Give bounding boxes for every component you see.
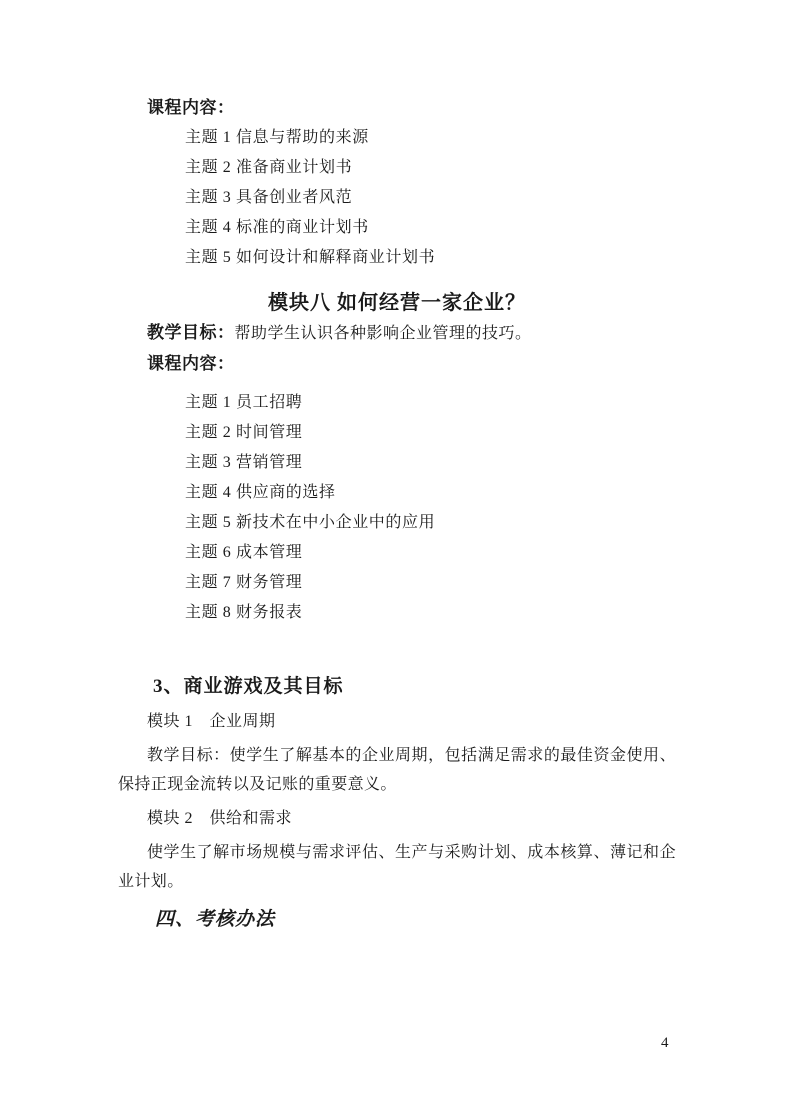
topic-line: 主题 2 时间管理 [118,418,676,448]
section4-heading: 四、考核办法 [118,905,676,935]
topic-line: 主题 5 如何设计和解释商业计划书 [118,243,676,273]
course-content-label-1: 课程内容： [118,93,676,123]
module8-heading: 模块八 如何经营一家企业？ [118,288,676,318]
document-page: 课程内容： 主题 1 信息与帮助的来源 主题 2 准备商业计划书 主题 3 具备… [0,0,792,1120]
topic-line: 主题 1 员工招聘 [118,388,676,418]
teaching-goal-line: 教学目标：帮助学生认识各种影响企业管理的技巧。 [118,318,676,349]
topic-line: 主题 8 财务报表 [118,598,676,628]
section3-heading: 3、商业游戏及其目标 [118,672,676,702]
topic-line: 主题 4 供应商的选择 [118,478,676,508]
module2-description: 使学生了解市场规模与需求评估、生产与采购计划、成本核算、薄记和企业计划。 [118,838,676,896]
module1-title-line: 模块 1 企业周期 [118,707,676,737]
topic-line: 主题 7 财务管理 [118,568,676,598]
topic-line: 主题 5 新技术在中小企业中的应用 [118,508,676,538]
topic-list-1: 主题 1 信息与帮助的来源 主题 2 准备商业计划书 主题 3 具备创业者风范 … [118,123,676,273]
topic-line: 主题 1 信息与帮助的来源 [118,123,676,153]
teaching-goal-label: 教学目标： [147,323,235,342]
teaching-goal-text: 帮助学生认识各种影响企业管理的技巧。 [235,325,532,342]
topic-line: 主题 6 成本管理 [118,538,676,568]
topic-list-2: 主题 1 员工招聘 主题 2 时间管理 主题 3 营销管理 主题 4 供应商的选… [118,388,676,628]
topic-line: 主题 3 具备创业者风范 [118,183,676,213]
topic-line: 主题 2 准备商业计划书 [118,153,676,183]
course-content-label-2: 课程内容： [118,349,676,379]
topic-line: 主题 4 标准的商业计划书 [118,213,676,243]
page-content: 课程内容： 主题 1 信息与帮助的来源 主题 2 准备商业计划书 主题 3 具备… [118,0,676,935]
topic-line: 主题 3 营销管理 [118,448,676,478]
page-number: 4 [661,1034,669,1052]
module2-title-line: 模块 2 供给和需求 [118,804,676,834]
module1-description: 教学目标：使学生了解基本的企业周期，包括满足需求的最佳资金使用、保持正现金流转以… [118,741,676,799]
